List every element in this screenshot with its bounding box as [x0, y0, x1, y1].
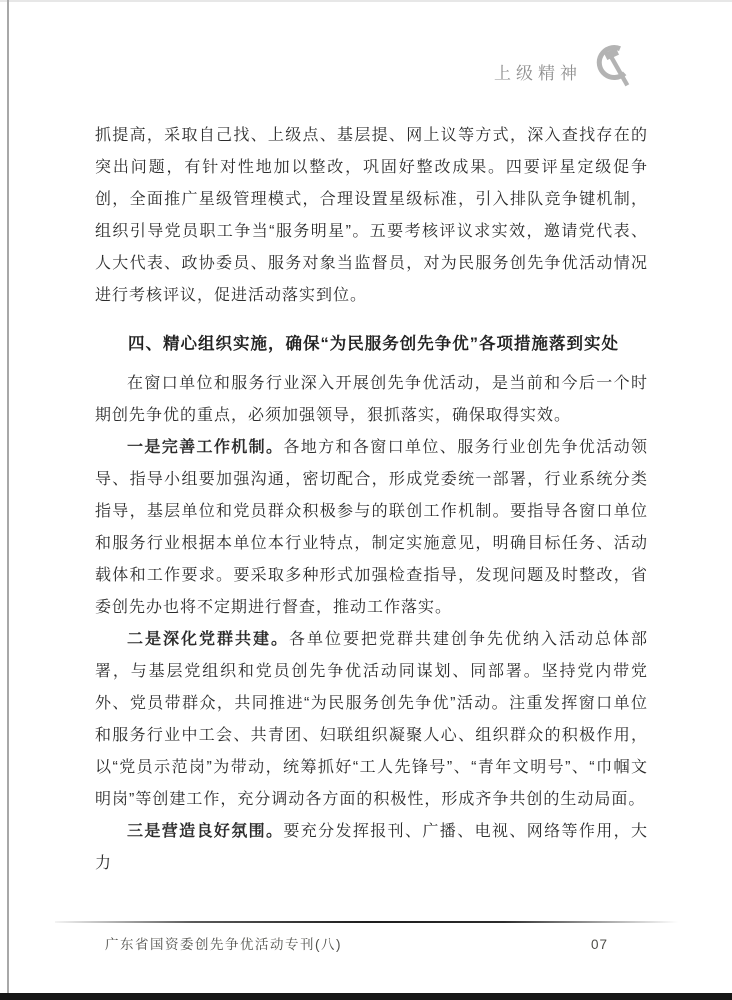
- party-emblem-icon: [594, 42, 634, 90]
- paragraph-text: 各单位要把党群共建创争先优纳入活动总体部署，与基层党组织和党员创先争优活动同谋划…: [95, 631, 648, 808]
- paragraph-continuation: 抓提高，采取自己找、上级点、基层提、网上议等方式，深入查找存在的突出问题，有针对…: [95, 120, 648, 312]
- paragraph-lead: 二是深化党群共建。: [127, 631, 289, 648]
- paragraph: 三是营造良好氛围。要充分发挥报刊、广播、电视、网络等作用，大力: [95, 816, 648, 880]
- header-section-label: 上级精神: [494, 51, 582, 82]
- paragraph-lead: 一是完善工作机制。: [127, 439, 283, 456]
- document-page: 上级精神 抓提高，采取自己找、上级点、基层提、网上议等方式，深入查找存在的突出问…: [0, 0, 732, 1000]
- paragraph-text: 在窗口单位和服务行业深入开展创先争优活动，是当前和今后一个时期创先争优的重点，必…: [95, 375, 648, 424]
- paragraph-lead: 三是营造良好氛围。: [127, 823, 283, 840]
- page-edge-left: [7, 0, 9, 993]
- page-footer: 广东省国资委创先争优活动专刊(八) 07: [105, 933, 608, 953]
- page-edge-top: [0, 0, 732, 2]
- paragraph: 一是完善工作机制。各地方和各窗口单位、服务行业创先争优活动领导、指导小组要加强沟…: [95, 432, 648, 624]
- paragraph: 二是深化党群共建。各单位要把党群共建创争先优纳入活动总体部署，与基层党组织和党员…: [95, 624, 648, 816]
- footer-journal-title: 广东省国资委创先争优活动专刊(八): [105, 933, 342, 953]
- footer-divider: [55, 921, 678, 923]
- document-body: 抓提高，采取自己找、上级点、基层提、网上议等方式，深入查找存在的突出问题，有针对…: [95, 120, 648, 880]
- section-heading: 四、精心组织实施，确保“为民服务创先争优”各项措施落到实处: [95, 327, 648, 362]
- footer-page-number: 07: [591, 937, 608, 952]
- page-edge-bottom: [0, 993, 732, 1000]
- page-header: 上级精神: [494, 42, 634, 90]
- paragraph-text: 各地方和各窗口单位、服务行业创先争优活动领导、指导小组要加强沟通，密切配合，形成…: [95, 439, 648, 616]
- paragraph: 在窗口单位和服务行业深入开展创先争优活动，是当前和今后一个时期创先争优的重点，必…: [95, 368, 648, 432]
